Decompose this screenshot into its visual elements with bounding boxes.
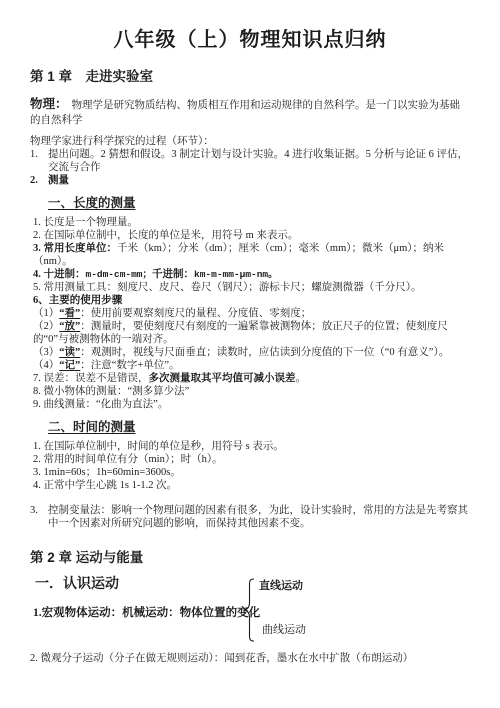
time-section-heading: 二、时间的测量 [48, 420, 470, 435]
usage-step-2: （2）“放”：测量时，要使刻度尺有刻度的一遍紧靠被测物体；放正尺子的位置；使刻度… [33, 320, 470, 346]
step-keyword-look: “看” [59, 308, 80, 319]
document-page: 八年级（上）物理知识点归纳 第 1 章 走进实验室 物理：物理学是研究物质结构、… [0, 0, 500, 666]
list-item-inquiry-steps: 1. 提出问题。2 猜想和假设。3 制定计划与设计实验。4 进行收集证据。5 分… [30, 148, 470, 174]
usage-step-3: （3）“读”：观测时，视线与尺面垂直；读数时，应估读到分度值的下一位（“0 有意… [33, 346, 470, 359]
branch-curved-motion: 曲线运动 [262, 621, 306, 637]
chapter1-heading: 第 1 章 走进实验室 [30, 68, 470, 86]
step-prefix: （3） [33, 347, 59, 358]
decimal-label: 4. 十进制： [33, 269, 86, 280]
error-period: 。 [296, 373, 307, 384]
length-item-8: 8. 微小物体的测量：“测多算少法” [33, 385, 470, 398]
time-item-1: 1. 在国际单位制中，时间的单位是秒，用符号 s 表示。 [33, 440, 470, 453]
step-text: ：注意“数字+单位”。 [80, 360, 179, 371]
list-item-measurement: 2. 测量 [30, 174, 470, 187]
length-item-7: 7. 误差：误差不是错误，多次测量取其平均值可减小误差。 [33, 372, 470, 385]
length-section-heading: 一、长度的测量 [48, 196, 470, 211]
item-number: 2. [30, 174, 48, 187]
length-item-1: 1. 长度是一个物理量。 [33, 216, 470, 229]
motion-section-heading: 一．认识运动 [35, 575, 119, 592]
step-text: ：观测时，视线与尺面垂直；读数时，应估读到分度值的下一位（“0 有意义”）。 [80, 347, 449, 358]
brace-icon [242, 578, 256, 647]
motion-recognition-section: 一．认识运动 1.宏观物体运动：机械运动：物体位置的变化 直线运动 曲线运动 [30, 575, 470, 645]
time-item-3: 3. 1min=60s；1h=60min=3600s。 [33, 466, 470, 479]
document-title: 八年级（上）物理知识点归纳 [30, 28, 470, 52]
thousand-label: 千进制： [152, 269, 194, 280]
time-item-4: 4. 正常中学生心跳 1s 1-1.2 次。 [33, 479, 470, 492]
error-text: 7. 误差：误差不是错误， [33, 373, 149, 384]
step-prefix: （1） [33, 308, 59, 319]
item-number: 1. [30, 148, 48, 174]
length-section-items: 1. 长度是一个物理量。 2. 在国际单位制中，长度的单位是米，用符号 m 来表… [33, 216, 470, 411]
error-bold-text: 多次测量取其平均值可减小误差 [149, 373, 296, 384]
time-item-2: 2. 常用的时间单位有分（min）；时（h）。 [33, 453, 470, 466]
physics-term-label: 物理： [30, 97, 68, 111]
length-item-3-label: 3. 常用长度单位： [33, 243, 117, 254]
list-item-control-variable: 3. 控制变量法：影响一个物理问题的因素有很多，为此，设计实验时，常用的方法是先… [30, 504, 470, 530]
item-text: 提出问题。2 猜想和假设。3 制定计划与设计实验。4 进行收集证据。5 分析与论… [48, 148, 470, 174]
step-text: ：测量时，要使刻度尺有刻度的一遍紧靠被测物体；放正尺子的位置；使刻度尺的“0”与… [33, 321, 448, 345]
usage-step-1: （1）“看”：使用前要观察刻度尺的量程、分度值、零刻度； [33, 307, 470, 320]
step-text: ：使用前要观察刻度尺的量程、分度值、零刻度； [80, 308, 311, 319]
step-keyword-place: “放” [59, 321, 80, 332]
item-text: 控制变量法：影响一个物理问题的因素有很多，为此，设计实验时，常用的方法是先考察其… [48, 504, 470, 530]
decimal-units: m-dm-cm-mm； [86, 269, 153, 280]
length-item-2: 2. 在国际单位制中，长度的单位是米，用符号 m 来表示。 [33, 229, 470, 242]
physics-definition: 物理：物理学是研究物质结构、物质相互作用和运动规律的自然科学。是一门以实验为基础… [30, 97, 470, 128]
length-item-3: 3. 常用长度单位：千米（km）；分米（dm）；厘米（cm）；毫米（mm）；微米… [33, 242, 470, 268]
length-item-6: 6、主要的使用步骤 [33, 294, 470, 307]
macro-motion-label: 1.宏观物体运动：机械运动：物体位置的变化 [33, 606, 260, 620]
item-text: 测量 [48, 174, 470, 187]
length-item-4: 4. 十进制：m-dm-cm-mm；千进制：km-m-mm-μm-nm。 [33, 268, 470, 281]
step-keyword-record: “记” [59, 360, 80, 371]
inquiry-process-line: 物理学家进行科学探究的过程（环节）： [30, 135, 470, 148]
length-item-9: 9. 曲线测量：“化曲为直法”。 [33, 398, 470, 411]
time-section-items: 1. 在国际单位制中，时间的单位是秒，用符号 s 表示。 2. 常用的时间单位有… [33, 440, 470, 492]
item-number: 3. [30, 504, 48, 530]
physics-term-text: 物理学是研究物质结构、物质相互作用和运动规律的自然科学。是一门以实验为基础的自然… [30, 100, 460, 126]
step-keyword-read: “读” [59, 347, 80, 358]
step-prefix: （4） [33, 360, 59, 371]
thousand-units: km-m-mm-μm-nm。 [194, 269, 278, 280]
micro-motion-line: 2. 微观分子运动（分子在做无规则运动）：闻到花香，墨水在水中扩散（布朗运动） [30, 652, 470, 666]
length-item-5: 5. 常用测量工具：刻度尺、皮尺、卷尺（钢尺）；游标卡尺；螺旋测微器（千分尺）。 [33, 281, 470, 294]
branch-linear-motion: 直线运动 [259, 577, 303, 593]
step-prefix: （2） [33, 321, 59, 332]
usage-step-4: （4）“记”：注意“数字+单位”。 [33, 359, 470, 372]
chapter2-heading: 第 2 章 运动与能量 [30, 549, 470, 567]
